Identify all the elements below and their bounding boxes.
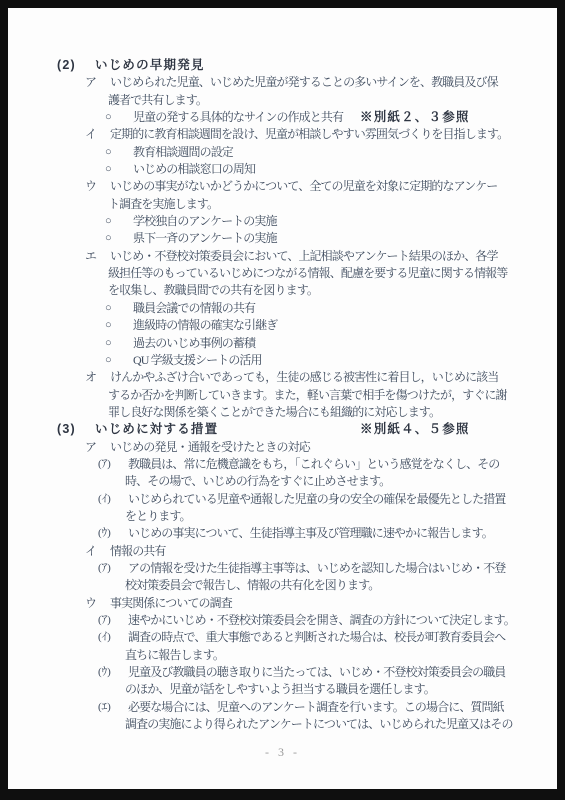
line-text: 定期的に教育相談週間を設け、児童が相談しやすい雰囲気づくりを目指します。 [110, 126, 508, 143]
doc-line: をとります。 [8, 508, 557, 525]
line-text: けんかやふざけ合いであっても，生徒の感じる被害性に着目し，いじめに該当 [110, 369, 498, 386]
doc-line: ウ事実関係についての調査 [8, 595, 557, 612]
line-marker: (ｱ) [98, 612, 111, 629]
doc-line: 罪し良好な関係を築くことができた場合にも組織的に対応します。 [8, 404, 557, 421]
doc-line: ○学校独自のアンケートの実施 [8, 213, 557, 230]
page-number: - 3 - [8, 745, 557, 760]
doc-line: のほか、児童が話をしやすいよう担当する職員を選任します。 [8, 681, 557, 698]
line-text: 級担任等のもっているいじめにつながる情報、配慮を要する児童に関する情報等 [108, 265, 507, 282]
doc-line: を収集し、教職員間での共有を図ります。 [8, 282, 557, 299]
line-text: QU 学級支援シートの活用 [133, 352, 262, 369]
doc-line: (3)いじめに対する措置※別紙４、５参照 [8, 421, 557, 438]
line-marker: ウ [85, 178, 96, 195]
doc-line: ○教育相談週間の設定 [8, 144, 557, 161]
line-text: をとります。 [125, 508, 191, 525]
line-text: 県下一斉のアンケートの実施 [133, 230, 277, 247]
line-marker: ア [85, 74, 96, 91]
line-text: 事実関係についての調査 [110, 595, 232, 612]
doc-line: 直ちに報告します。 [8, 647, 557, 664]
line-text: いじめの早期発見 [95, 57, 205, 74]
line-marker: (ｴ) [98, 699, 111, 716]
line-text: 護者で共有します。 [108, 92, 207, 109]
line-marker: オ [85, 369, 96, 386]
doc-line: 時、その場で、いじめの行為をすぐに止めさせます。 [8, 473, 557, 490]
line-marker: (ｱ) [98, 456, 111, 473]
line-text: いじめの事実について、生徒指導主事及び管理職に速やかに報告します。 [128, 525, 493, 542]
circle-bullet: ○ [105, 352, 111, 369]
line-text: 教育相談週間の設定 [133, 144, 233, 161]
doc-line: イ情報の共有 [8, 543, 557, 560]
doc-line: (2)いじめの早期発見 [8, 57, 557, 74]
line-text: 直ちに報告します。 [125, 647, 224, 664]
line-text: 速やかにいじめ・不登校対策委員会を開き、調査の方針について決定します。 [128, 612, 515, 629]
line-text: ト調査を実施します。 [108, 196, 218, 213]
screenshot-root: { "colors": { "border": "#0f0f0f", "page… [0, 0, 565, 800]
line-text: 過去のいじめ事例の蓄積 [133, 335, 255, 352]
doc-lines: (2)いじめの早期発見アいじめられた児童、いじめた児童が発することの多いサインを… [8, 57, 557, 733]
doc-line: アいじめの発見・通報を受けたときの対応 [8, 439, 557, 456]
line-text: 時、その場で、いじめの行為をすぐに止めさせます。 [125, 473, 390, 490]
line-marker: エ [85, 248, 96, 265]
line-marker: (ｲ) [98, 491, 111, 508]
line-text: いじめの事実がないかどうかについて、全ての児童を対象に定期的なアンケー [110, 178, 497, 195]
line-text: 調査の実施により得られたアンケートについては、いじめられた児童又はその [125, 716, 513, 733]
line-text: 進級時の情報の確実な引継ぎ [133, 317, 277, 334]
line-text: いじめられた児童、いじめた児童が発することの多いサインを、教職員及び保 [110, 74, 498, 91]
line-marker: (ｲ) [98, 629, 111, 646]
doc-line: (ｲ)いじめられている児童や通報した児童の身の安全の確保を最優先とした措置 [8, 491, 557, 508]
line-text: いじめられている児童や通報した児童の身の安全の確保を最優先とした措置 [128, 491, 505, 508]
circle-bullet: ○ [105, 213, 111, 230]
circle-bullet: ○ [105, 335, 111, 352]
doc-line: ○県下一斉のアンケートの実施 [8, 230, 557, 247]
line-marker: イ [85, 126, 96, 143]
doc-line: オけんかやふざけ合いであっても，生徒の感じる被害性に着目し，いじめに該当 [8, 369, 557, 386]
line-marker: (3) [57, 421, 76, 438]
circle-bullet: ○ [105, 109, 111, 126]
doc-line: アいじめられた児童、いじめた児童が発することの多いサインを、教職員及び保 [8, 74, 557, 91]
doc-line: ○いじめの相談窓口の周知 [8, 161, 557, 178]
doc-line: エいじめ・不登校対策委員会において、上記相談やアンケート結果のほか、各学 [8, 248, 557, 265]
circle-bullet: ○ [105, 300, 111, 317]
doc-line: (ｱ)速やかにいじめ・不登校対策委員会を開き、調査の方針について決定します。 [8, 612, 557, 629]
circle-bullet: ○ [105, 230, 111, 247]
line-text: アの情報を受けた生徒指導主事等は、いじめを認知した場合はいじめ・不登 [128, 560, 505, 577]
line-marker: (ｳ) [98, 525, 111, 542]
line-text: いじめの相談窓口の周知 [133, 161, 255, 178]
line-text: いじめ・不登校対策委員会において、上記相談やアンケート結果のほか、各学 [110, 248, 498, 265]
doc-line: (ｱ)教職員は、常に危機意識をもち，「これぐらい」という感覚をなくし、その [8, 456, 557, 473]
doc-line: イ定期的に教育相談週間を設け、児童が相談しやすい雰囲気づくりを目指します。 [8, 126, 557, 143]
line-text: 教職員は、常に危機意識をもち，「これぐらい」という感覚をなくし、その [128, 456, 499, 473]
line-text: 学校独自のアンケートの実施 [133, 213, 277, 230]
doc-line: (ｱ)アの情報を受けた生徒指導主事等は、いじめを認知した場合はいじめ・不登 [8, 560, 557, 577]
line-marker: (2) [57, 57, 76, 74]
doc-line: ○職員会議での情報の共有 [8, 300, 557, 317]
line-text: のほか、児童が話をしやすいよう担当する職員を選任します。 [125, 681, 435, 698]
line-marker: ウ [85, 595, 96, 612]
line-text: 職員会議での情報の共有 [133, 300, 255, 317]
line-text: 必要な場合には、児童へのアンケート調査を行います。この場合に、質問紙 [128, 699, 504, 716]
reference-note: ※別紙２、３参照 [360, 109, 470, 126]
line-marker: (ｱ) [98, 560, 111, 577]
line-text: を収集し、教職員間での共有を図ります。 [108, 282, 318, 299]
line-text: 調査の時点で、重大事態であると判断された場合は、校長が町教育委員会へ [128, 629, 505, 646]
doc-line: (ｳ)いじめの事実について、生徒指導主事及び管理職に速やかに報告します。 [8, 525, 557, 542]
doc-line: 校対策委員会で報告し、情報の共有化を図ります。 [8, 577, 557, 594]
document-page: (2)いじめの早期発見アいじめられた児童、いじめた児童が発することの多いサインを… [8, 8, 557, 789]
line-marker: イ [85, 543, 96, 560]
doc-line: ○QU 学級支援シートの活用 [8, 352, 557, 369]
line-text: 校対策委員会で報告し、情報の共有化を図ります。 [125, 577, 379, 594]
doc-line: (ｲ)調査の時点で、重大事態であると判断された場合は、校長が町教育委員会へ [8, 629, 557, 646]
doc-line: ウいじめの事実がないかどうかについて、全ての児童を対象に定期的なアンケー [8, 178, 557, 195]
line-text: するか否かを判断していきます。また，軽い言葉で相手を傷つけたが，すぐに謝 [108, 387, 507, 404]
line-text: 児童の発する具体的なサインの作成と共有 [133, 109, 343, 126]
line-marker: (ｳ) [98, 664, 111, 681]
doc-line: するか否かを判断していきます。また，軽い言葉で相手を傷つけたが，すぐに謝 [8, 387, 557, 404]
circle-bullet: ○ [105, 161, 111, 178]
doc-line: ○過去のいじめ事例の蓄積 [8, 335, 557, 352]
doc-line: (ｴ)必要な場合には、児童へのアンケート調査を行います。この場合に、質問紙 [8, 699, 557, 716]
doc-line: ○進級時の情報の確実な引継ぎ [8, 317, 557, 334]
doc-line: 調査の実施により得られたアンケートについては、いじめられた児童又はその [8, 716, 557, 733]
line-text: いじめに対する措置 [95, 421, 218, 438]
circle-bullet: ○ [105, 317, 111, 334]
line-text: 児童及び教職員の聴き取りに当たっては、いじめ・不登校対策委員会の職員 [128, 664, 505, 681]
line-marker: ア [85, 439, 96, 456]
line-text: 情報の共有 [110, 543, 166, 560]
doc-line: ト調査を実施します。 [8, 196, 557, 213]
circle-bullet: ○ [105, 144, 111, 161]
doc-line: ○児童の発する具体的なサインの作成と共有※別紙２、３参照 [8, 109, 557, 126]
reference-note: ※別紙４、５参照 [360, 421, 470, 438]
doc-line: 級担任等のもっているいじめにつながる情報、配慮を要する児童に関する情報等 [8, 265, 557, 282]
doc-line: 護者で共有します。 [8, 92, 557, 109]
line-text: 罪し良好な関係を築くことができた場合にも組織的に対応します。 [108, 404, 440, 421]
doc-line: (ｳ)児童及び教職員の聴き取りに当たっては、いじめ・不登校対策委員会の職員 [8, 664, 557, 681]
line-text: いじめの発見・通報を受けたときの対応 [110, 439, 310, 456]
